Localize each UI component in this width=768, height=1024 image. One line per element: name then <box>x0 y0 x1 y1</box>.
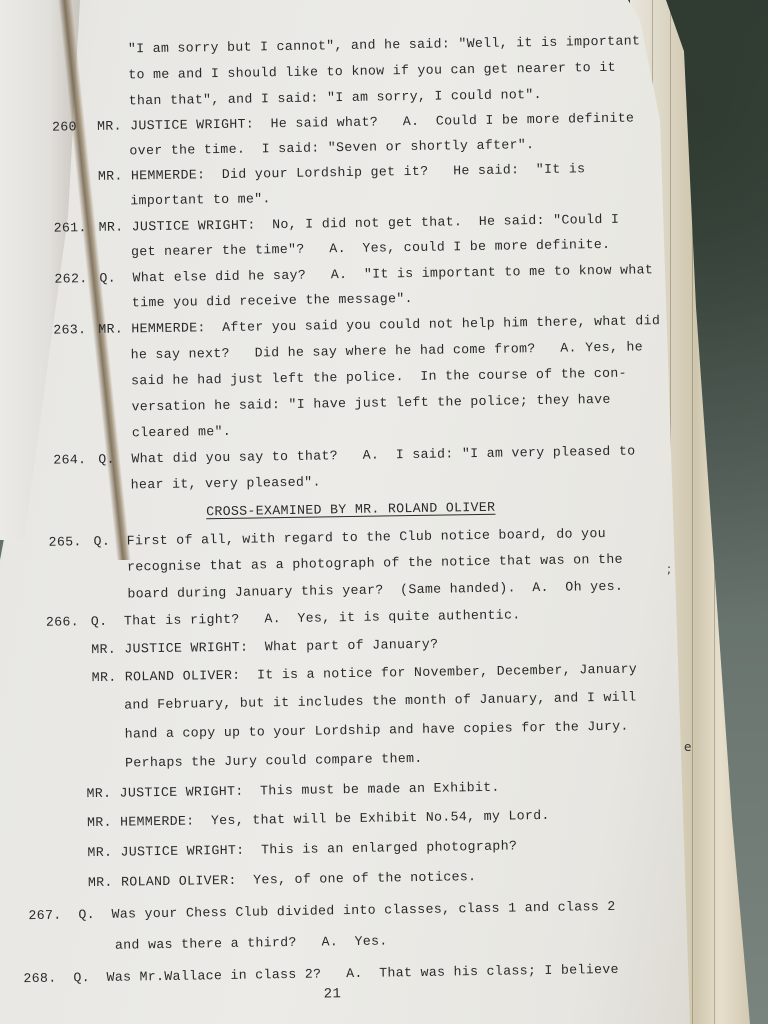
text-line: MR. HEMMERDE: After you said you could n… <box>98 313 660 337</box>
question-number: 262. <box>54 271 87 287</box>
text-line: over the time. I said: "Seven or shortly… <box>129 137 534 158</box>
text-line: Q. What else did he say? A. "It is impor… <box>99 262 653 286</box>
text-line: "I am sorry but I cannot", and he said: … <box>128 33 641 56</box>
transcript-text: "I am sorry but I cannot", and he said: … <box>0 0 708 1024</box>
question-number: 266. <box>46 614 79 630</box>
text-line: recognise that as a photograph of the no… <box>127 552 623 575</box>
text-line: time you did receive the message". <box>132 291 413 310</box>
text-line: MR. JUSTICE WRIGHT: He said what? A. Cou… <box>97 110 634 133</box>
edge-fragment: e <box>684 740 691 754</box>
text-line: to me and I should like to know if you c… <box>128 60 616 83</box>
text-line: MR. ROLAND OLIVER: Yes, of one of the no… <box>88 869 477 890</box>
text-line: and was there a third? A. Yes. <box>115 933 388 952</box>
text-line: Q. Was Mr.Wallace in class 2? A. That wa… <box>73 962 619 986</box>
text-line: Q. First of all, with regard to the Club… <box>94 526 607 549</box>
question-number: 263. <box>53 322 86 338</box>
text-line: MR. HEMMERDE: Did your Lordship get it? … <box>98 161 586 184</box>
text-line: versation he said: "I have just left the… <box>131 392 610 415</box>
question-number: 264. <box>53 452 86 468</box>
text-line: hand a copy up to your Lordship and have… <box>125 719 629 742</box>
text-line: MR. ROLAND OLIVER: It is a notice for No… <box>92 662 638 686</box>
page-number: 21 <box>324 986 342 1002</box>
text-line: he say next? Did he say where he had com… <box>131 339 644 362</box>
text-line: and February, but it includes the month … <box>124 690 637 713</box>
section-heading: CROSS-EXAMINED BY MR. ROLAND OLIVER <box>206 500 495 520</box>
text-line: than that", and I said: "I am sorry, I c… <box>129 87 542 108</box>
question-number: 268. <box>23 971 56 987</box>
text-line: MR. JUSTICE WRIGHT: This must be made an… <box>86 780 499 801</box>
question-number: 260 <box>52 119 77 134</box>
text-line: MR. JUSTICE WRIGHT: What part of January… <box>91 637 438 657</box>
edge-fragment: ; <box>667 562 671 576</box>
text-line: get nearer the time"? A. Yes, could I be… <box>131 237 610 260</box>
text-line: Q. Was your Chess Club divided into clas… <box>78 899 615 922</box>
text-line: Q. What did you say to that? A. I said: … <box>98 444 635 467</box>
text-line: said he had just left the police. In the… <box>131 366 627 389</box>
text-line: MR. JUSTICE WRIGHT: No, I did not get th… <box>99 212 620 235</box>
text-line: MR. HEMMERDE: Yes, that will be Exhibit … <box>87 808 550 830</box>
text-line: important to me". <box>130 191 271 208</box>
text-line: board during January this year? (Same ha… <box>127 579 623 602</box>
text-line: hear it, very pleased". <box>131 474 321 492</box>
text-line: cleared me". <box>132 424 231 441</box>
text-line: Perhaps the Jury could compare them. <box>125 751 423 771</box>
question-number: 267. <box>28 908 61 924</box>
question-number: 265. <box>49 534 82 550</box>
text-line: Q. That is right? A. Yes, it is quite au… <box>91 607 521 629</box>
text-line: MR. JUSTICE WRIGHT: This is an enlarged … <box>87 838 517 860</box>
question-number: 261. <box>54 220 87 236</box>
